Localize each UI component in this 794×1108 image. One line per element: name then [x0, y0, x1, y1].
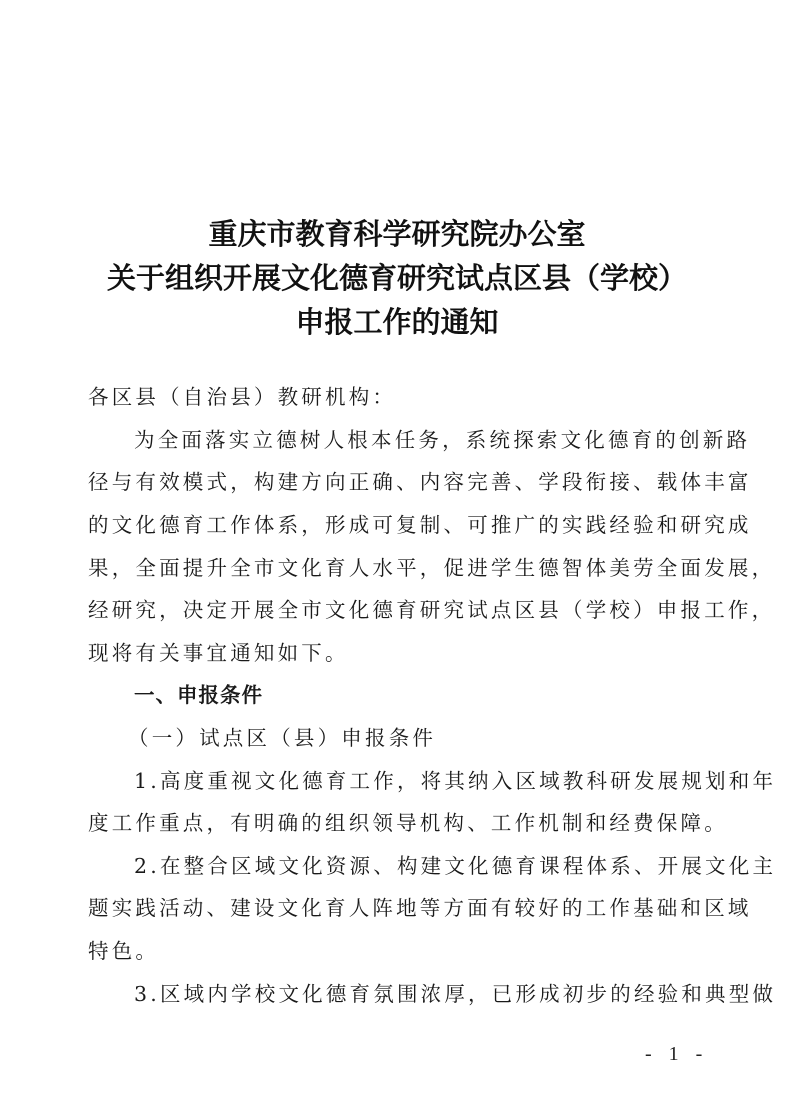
item-3-line-1: 3.区域内学校文化德育氛围浓厚，已形成初步的经验和典型做 [134, 977, 776, 1007]
item-2-line-1: 2.在整合区域文化资源、构建文化德育课程体系、开展文化主 [134, 849, 776, 879]
document-title: 重庆市教育科学研究院办公室 关于组织开展文化德育研究试点区县（学校） 申报工作的… [0, 212, 794, 344]
intro-line-6: 现将有关事宜通知如下。 [88, 636, 349, 666]
intro-line-5: 经研究，决定开展全市文化德育研究试点区县（学校）申报工作， [88, 593, 775, 623]
document-page: 重庆市教育科学研究院办公室 关于组织开展文化德育研究试点区县（学校） 申报工作的… [0, 0, 794, 1108]
intro-line-4: 果，全面提升全市文化育人水平，促进学生德智体美劳全面发展， [88, 551, 775, 581]
section-heading: 一、申报条件 [134, 678, 263, 708]
item-1-line-1: 1.高度重视文化德育工作，将其纳入区域教科研发展规划和年 [134, 764, 776, 794]
intro-line-2: 径与有效模式，构建方向正确、内容完善、学段衔接、载体丰富 [88, 465, 752, 495]
title-line-2: 关于组织开展文化德育研究试点区县（学校） [0, 256, 794, 300]
item-2-line-2: 题实践活动、建设文化育人阵地等方面有较好的工作基础和区域 [88, 891, 752, 921]
intro-line-3: 的文化德育工作体系，形成可复制、可推广的实践经验和研究成 [88, 508, 752, 538]
item-2-line-3: 特色。 [88, 934, 159, 964]
subsection-heading: （一）试点区（县）申报条件 [128, 721, 436, 751]
item-1-line-2: 度工作重点，有明确的组织领导机构、工作机制和经费保障。 [88, 806, 728, 836]
intro-line-1: 为全面落实立德树人根本任务，系统探索文化德育的创新路 [134, 423, 750, 453]
title-line-1: 重庆市教育科学研究院办公室 [0, 212, 794, 256]
salutation: 各区县（自治县）教研机构： [88, 380, 396, 410]
title-line-3: 申报工作的通知 [0, 300, 794, 344]
page-number: - 1 - [645, 1043, 708, 1066]
